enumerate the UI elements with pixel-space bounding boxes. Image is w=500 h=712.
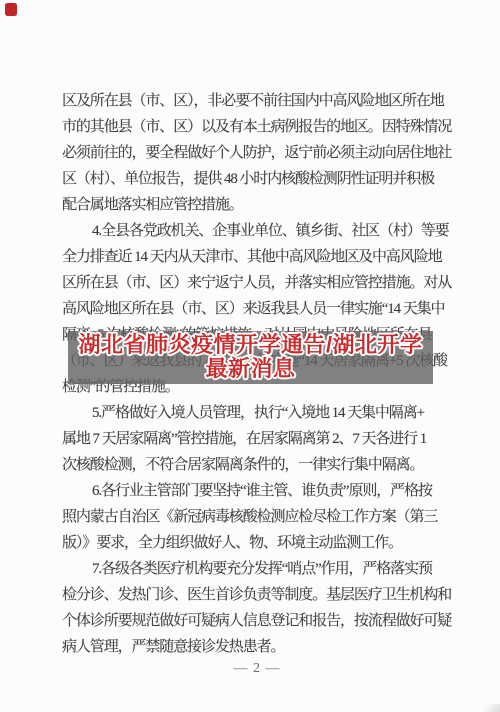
scan-shadow — [456, 704, 500, 712]
text-line: 全力排查近 14 天内从天津市、其他中高风险地区及中高风险地 — [62, 244, 448, 270]
text-line: 配合属地落实相应管控措施。 — [62, 192, 448, 218]
text-line: 版）》要求，全力组织做好人、物、环境主动监测工作。 — [62, 530, 448, 556]
text-line: 4.全县各党政机关、企事业单位、镇乡街、社区（村）等要 — [62, 218, 448, 244]
text-line: 区（村）、单位报告，提供 48 小时内核酸检测阴性证明并积极 — [62, 166, 448, 192]
text-line: 属地 7 天居家隔离”管控措施，在居家隔离第 2、7 天各进行 1 — [62, 426, 448, 452]
text-line: 6.各行业主管部门要坚持“谁主管、谁负责”原则，严格按 — [62, 478, 448, 504]
text-line: 照内蒙古自治区《新冠病毒核酸检测应检尽检工作方案（第三 — [62, 504, 448, 530]
text-line: 区所在县（市、区）来宁返宁人员，并落实相应管控措施。对从 — [62, 270, 448, 296]
watermark-band: 湖北省肺炎疫情开学通告/湖北开学 最新消息 — [68, 331, 433, 384]
text-line: 7.各级各类医疗机构要充分发挥“哨点”作用，严格落实预 — [62, 556, 448, 582]
text-line: 高风险地区所在县（市、区）来返我县人员一律实施“14 天集中 — [62, 296, 448, 322]
text-line: 次核酸检测，不符合居家隔离条件的，一律实行集中隔离。 — [62, 452, 448, 478]
text-line: 检分诊、发热门诊、医生首诊负责等制度。基层医疗卫生机构和 — [62, 582, 448, 608]
document-page: 区及所在县（市、区），非必要不前往国内中高风险地区所在地 市的其他县（市、区）以… — [0, 0, 500, 712]
text-line: 病人管理，严禁随意接诊发热患者。 — [62, 634, 448, 660]
red-corner-marker-icon — [5, 3, 17, 16]
text-line: 市的其他县（市、区）以及有本土病例报告的地区。因特殊情况 — [62, 114, 448, 140]
text-line: 5.严格做好入境人员管理，执行“入境地 14 天集中隔离+ — [62, 400, 448, 426]
text-line: 必须前往的，要全程做好个人防护，返宁前必须主动向居住地社 — [62, 140, 448, 166]
watermark-title-line2: 最新消息 — [68, 357, 433, 381]
watermark-title-line1: 湖北省肺炎疫情开学通告/湖北开学 — [68, 333, 433, 357]
text-line: 区及所在县（市、区），非必要不前往国内中高风险地区所在地 — [62, 88, 448, 114]
page-number: — 2 — — [0, 661, 500, 677]
text-line: 个体诊所要规范做好可疑病人信息登记和报告，按流程做好可疑 — [62, 608, 448, 634]
